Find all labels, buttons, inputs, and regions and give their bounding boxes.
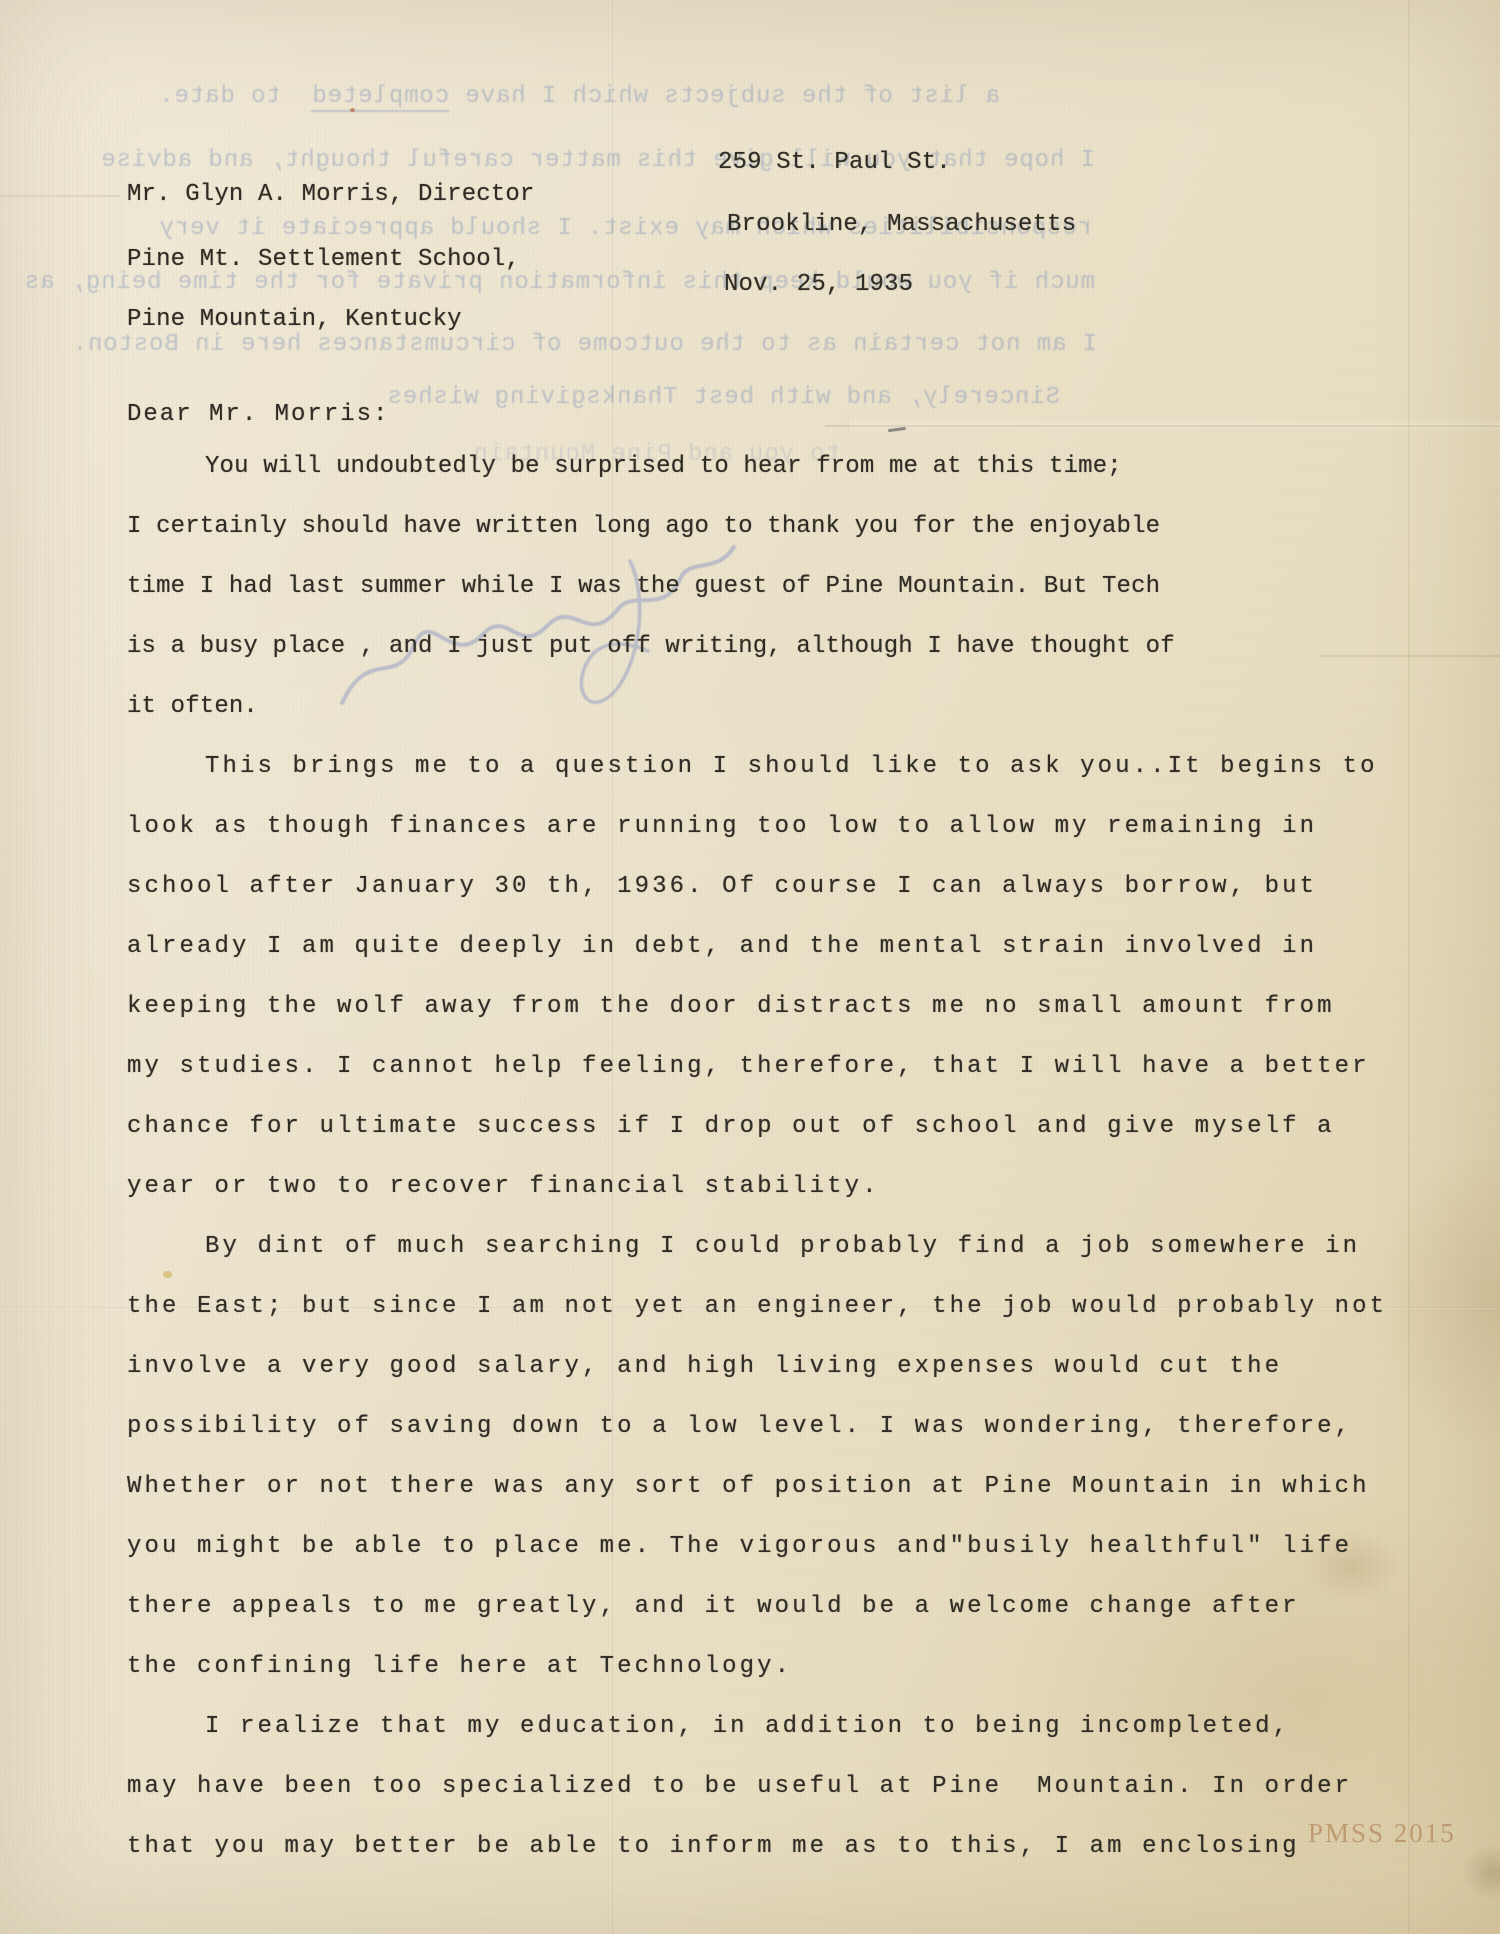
horizontal-fold-crease bbox=[0, 195, 120, 197]
body-line: I realize that my education, in addition… bbox=[127, 1712, 1387, 1772]
body-line: there appeals to me greatly, and it woul… bbox=[127, 1592, 1387, 1652]
body-line: year or two to recover financial stabili… bbox=[127, 1172, 1387, 1232]
vertical-fold-crease bbox=[1408, 0, 1410, 1934]
body-line: my studies. I cannot help feeling, there… bbox=[127, 1052, 1387, 1112]
body-line: may have been too specialized to be usef… bbox=[127, 1772, 1387, 1832]
recipient-line: Pine Mt. Settlement School, bbox=[127, 245, 520, 275]
body-line: it often. bbox=[127, 692, 1387, 752]
body-line: the East; but since I am not yet an engi… bbox=[127, 1292, 1387, 1352]
body-line: chance for ultimate success if I drop ou… bbox=[127, 1112, 1387, 1172]
body-line: school after January 30 th, 1936. Of cou… bbox=[127, 872, 1387, 932]
letter-page: a list of the subjects which I have comp… bbox=[0, 0, 1500, 1934]
body-line: keeping the wolf away from the door dist… bbox=[127, 992, 1387, 1052]
body-line: time I had last summer while I was the g… bbox=[127, 572, 1387, 632]
body-line: Whether or not there was any sort of pos… bbox=[127, 1472, 1387, 1532]
body-line: By dint of much searching I could probab… bbox=[127, 1232, 1387, 1292]
body-line: the confining life here at Technology. bbox=[127, 1652, 1387, 1712]
body-line: involve a very good salary, and high liv… bbox=[127, 1352, 1387, 1412]
body-line: You will undoubtedly be surprised to hea… bbox=[127, 452, 1387, 512]
bleedthrough-line: a list of the subjects which I have comp… bbox=[140, 82, 1000, 112]
body-line: look as though finances are running too … bbox=[127, 812, 1387, 872]
salutation: Dear Mr. Morris: bbox=[127, 400, 389, 430]
body-line: This brings me to a question I should li… bbox=[127, 752, 1387, 812]
return-address-line: 259 St. Paul St. bbox=[718, 148, 951, 178]
pmss-archive-watermark: PMSS 2015 bbox=[1308, 1818, 1456, 1849]
letter-body: You will undoubtedly be surprised to hea… bbox=[127, 452, 1387, 1892]
fold-highlight-band bbox=[850, 418, 1500, 432]
bleedthrough-text: a list of the subjects which I have bbox=[449, 83, 1000, 110]
body-line: possibility of saving down to a low leve… bbox=[127, 1412, 1387, 1472]
recipient-line: Mr. Glyn A. Morris, Director bbox=[127, 180, 534, 210]
body-line: that you may better be able to inform me… bbox=[127, 1832, 1387, 1892]
return-address-line: Brookline, Massachusetts bbox=[727, 210, 1076, 240]
recipient-line: Pine Mountain, Kentucky bbox=[127, 305, 462, 335]
body-line: already I am quite deeply in debt, and t… bbox=[127, 932, 1387, 992]
horizontal-fold-crease bbox=[825, 425, 1500, 427]
body-line: is a busy place , and I just put off wri… bbox=[127, 632, 1387, 692]
bleedthrough-underlined-word: completed bbox=[311, 83, 449, 112]
pen-mark bbox=[888, 427, 906, 432]
body-line: you might be able to place me. The vigor… bbox=[127, 1532, 1387, 1592]
return-address-date: Nov. 25, 1935 bbox=[724, 270, 913, 300]
body-line: I certainly should have written long ago… bbox=[127, 512, 1387, 572]
bleedthrough-text: to date. bbox=[158, 83, 311, 110]
